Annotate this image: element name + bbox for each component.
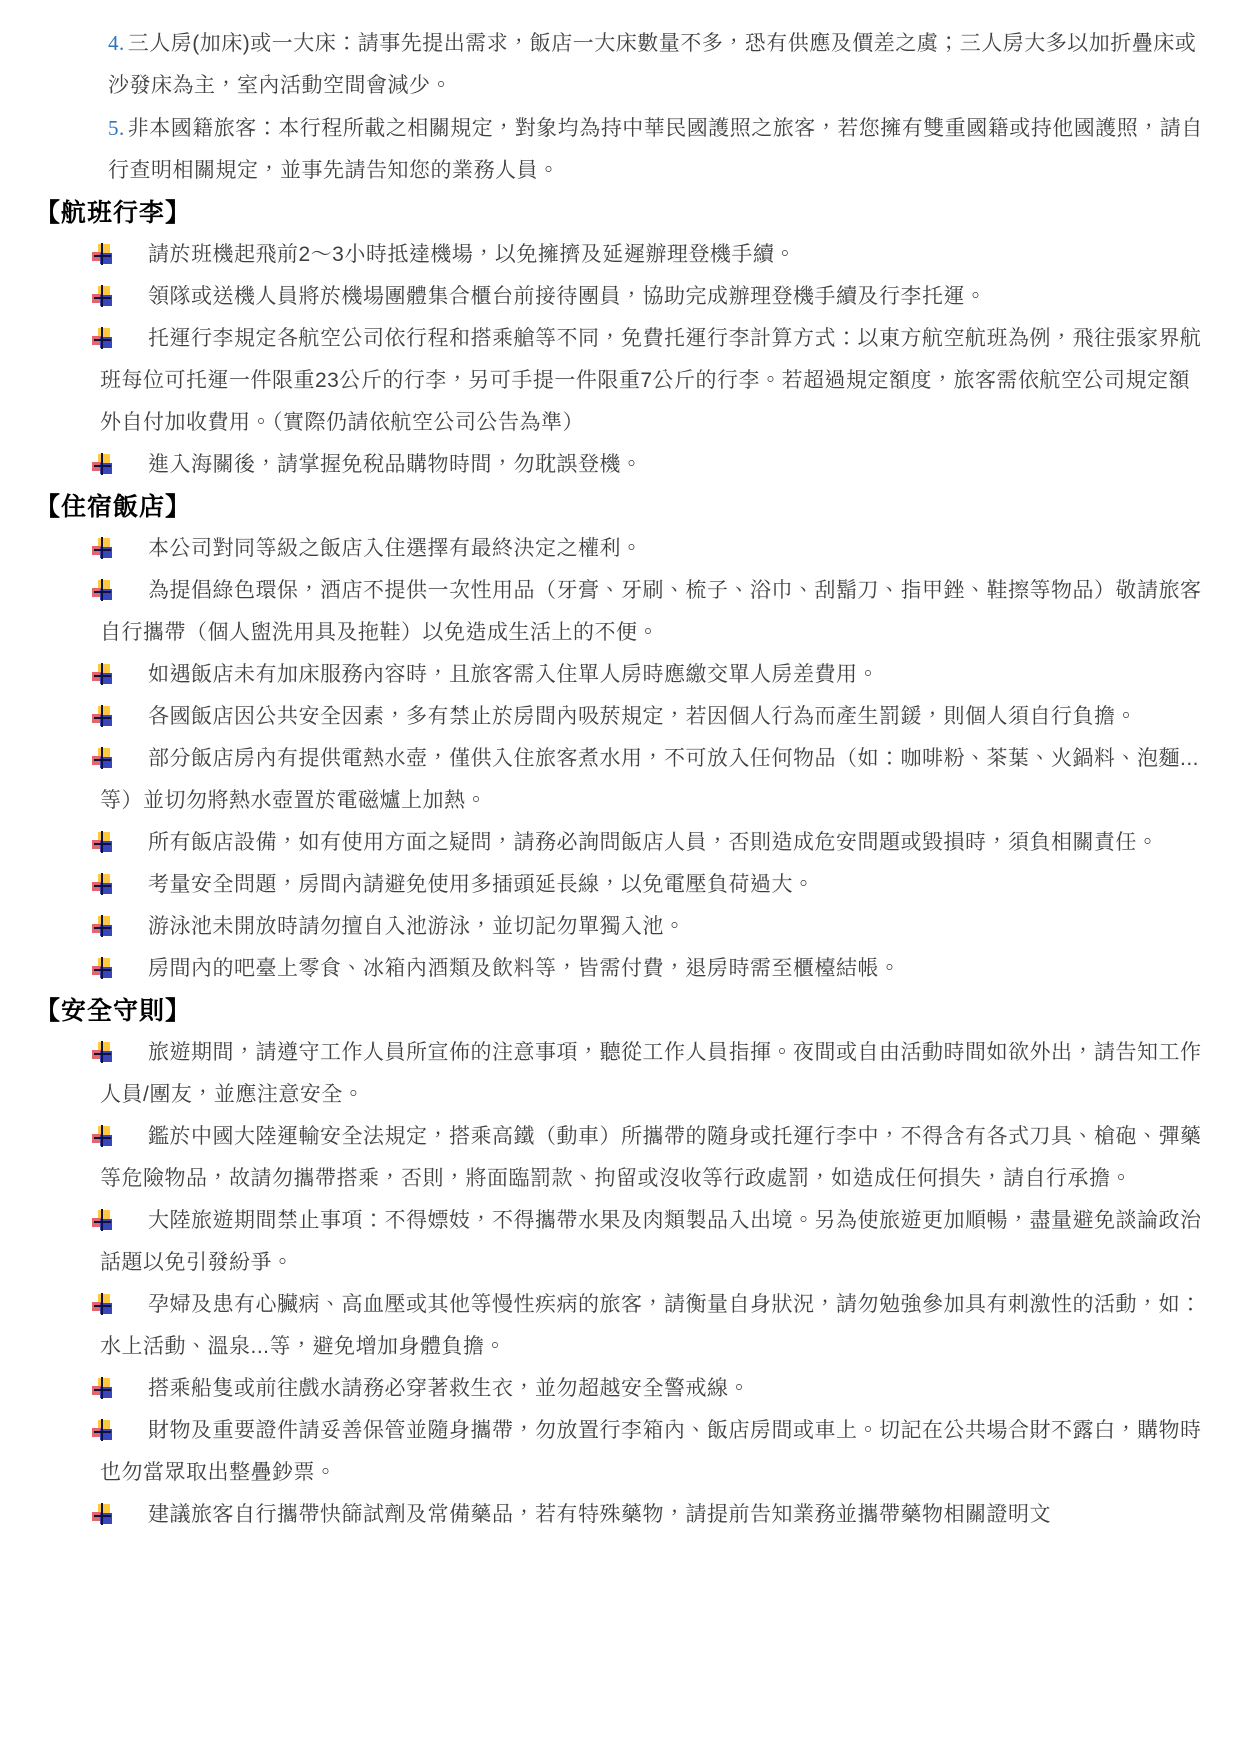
bullet-item-text: 托運行李規定各航空公司依行程和搭乘艙等不同，免費托運行李計算方式：以東方航空航班… [100,327,1202,434]
bullet-item-text: 本公司對同等級之飯店入住選擇有最終決定之權利。 [148,537,643,560]
bullet-list-item: 財物及重要證件請妥善保管並隨身攜帶，勿放置行李箱內、飯店房間或車上。切記在公共場… [100,1410,1205,1494]
colored-cross-bullet-icon [92,1209,112,1231]
bullet-item-text: 請於班機起飛前2～3小時抵達機場，以免擁擠及延遲辦理登機手續。 [148,243,796,266]
bullet-list-item: 搭乘船隻或前往戲水請務必穿著救生衣，並勿超越安全警戒線。 [100,1368,1205,1410]
bullet-item-text: 建議旅客自行攜帶快篩試劑及常備藥品，若有特殊藥物，請提前告知業務並攜帶藥物相關證… [148,1503,1051,1526]
bullet-list-item: 部分飯店房內有提供電熱水壺，僅供入住旅客煮水用，不可放入任何物品（如：咖啡粉、茶… [100,738,1205,822]
colored-cross-bullet-icon [92,705,112,727]
section-title: 【安全守則】 [35,990,1205,1032]
document-section: 【安全守則】 旅遊期間，請遵守工作人員所宣佈的注意事項，聽從工作人員指揮。夜間或… [35,990,1205,1536]
colored-cross-bullet-icon [92,1419,112,1441]
colored-cross-bullet-icon [92,453,112,475]
list-item-number: 4. [108,31,125,55]
section-bullet-list: 本公司對同等級之飯店入住選擇有最終決定之權利。 為提倡綠色環保，酒店不提供一次性… [35,528,1205,990]
bullet-item-text: 如遇飯店未有加床服務內容時，且旅客需入住單人房時應繳交單人房差費用。 [148,663,879,686]
colored-cross-bullet-icon [92,1377,112,1399]
document-page: 4.三人房(加床)或一大床：請事先提出需求，飯店一大床數量不多，恐有供應及價差之… [0,0,1241,1755]
section-title: 【住宿飯店】 [35,486,1205,528]
bullet-list-item: 請於班機起飛前2～3小時抵達機場，以免擁擠及延遲辦理登機手續。 [100,234,1205,276]
bullet-list-item: 大陸旅遊期間禁止事項：不得嫖妓，不得攜帶水果及肉類製品入出境。另為使旅遊更加順暢… [100,1200,1205,1284]
bullet-item-text: 考量安全問題，房間內請避免使用多插頭延長線，以免電壓負荷過大。 [148,873,815,896]
bullet-item-text: 搭乘船隻或前往戲水請務必穿著救生衣，並勿超越安全警戒線。 [148,1377,750,1400]
colored-cross-bullet-icon [92,579,112,601]
colored-cross-bullet-icon [92,1503,112,1525]
bullet-item-text: 部分飯店房內有提供電熱水壺，僅供入住旅客煮水用，不可放入任何物品（如：咖啡粉、茶… [100,747,1199,812]
section-bullet-list: 旅遊期間，請遵守工作人員所宣佈的注意事項，聽從工作人員指揮。夜間或自由活動時間如… [35,1032,1205,1536]
bullet-item-text: 所有飯店設備，如有使用方面之疑問，請務必詢問飯店人員，否則造成危安問題或毀損時，… [148,831,1159,854]
numbered-list-item: 4.三人房(加床)或一大床：請事先提出需求，飯店一大床數量不多，恐有供應及價差之… [35,22,1205,107]
bullet-list-item: 領隊或送機人員將於機場團體集合櫃台前接待團員，協助完成辦理登機手續及行李托運。 [100,276,1205,318]
colored-cross-bullet-icon [92,537,112,559]
colored-cross-bullet-icon [92,327,112,349]
bullet-list-item: 房間內的吧臺上零食、冰箱內酒類及飲料等，皆需付費，退房時需至櫃檯結帳。 [100,948,1205,990]
bullet-item-text: 鑑於中國大陸運輸安全法規定，搭乘高鐵（動車）所攜帶的隨身或托運行李中，不得含有各… [100,1125,1202,1190]
bullet-item-text: 領隊或送機人員將於機場團體集合櫃台前接待團員，協助完成辦理登機手續及行李托運。 [148,285,987,308]
bullet-list-item: 旅遊期間，請遵守工作人員所宣佈的注意事項，聽從工作人員指揮。夜間或自由活動時間如… [100,1032,1205,1116]
bullet-list-item: 所有飯店設備，如有使用方面之疑問，請務必詢問飯店人員，否則造成危安問題或毀損時，… [100,822,1205,864]
colored-cross-bullet-icon [92,663,112,685]
bullet-item-text: 為提倡綠色環保，酒店不提供一次性用品（牙膏、牙刷、梳子、浴巾、刮鬍刀、指甲銼、鞋… [100,579,1202,644]
bullet-list-item: 游泳池未開放時請勿擅自入池游泳，並切記勿單獨入池。 [100,906,1205,948]
document-section: 【住宿飯店】 本公司對同等級之飯店入住選擇有最終決定之權利。 為提倡綠色環保，酒… [35,486,1205,990]
sections: 【航班行李】 請於班機起飛前2～3小時抵達機場，以免擁擠及延遲辦理登機手續。 領… [35,192,1205,1536]
colored-cross-bullet-icon [92,243,112,265]
bullet-item-text: 大陸旅遊期間禁止事項：不得嫖妓，不得攜帶水果及肉類製品入出境。另為使旅遊更加順暢… [100,1209,1202,1274]
bullet-list-item: 本公司對同等級之飯店入住選擇有最終決定之權利。 [100,528,1205,570]
list-item-text: 三人房(加床)或一大床：請事先提出需求，飯店一大床數量不多，恐有供應及價差之虞；… [108,32,1196,97]
numbered-list-item: 5.非本國籍旅客：本行程所載之相關規定，對象均為持中華民國護照之旅客，若您擁有雙… [35,107,1205,192]
colored-cross-bullet-icon [92,831,112,853]
section-title: 【航班行李】 [35,192,1205,234]
colored-cross-bullet-icon [92,957,112,979]
bullet-list-item: 托運行李規定各航空公司依行程和搭乘艙等不同，免費托運行李計算方式：以東方航空航班… [100,318,1205,444]
colored-cross-bullet-icon [92,1293,112,1315]
bullet-item-text: 財物及重要證件請妥善保管並隨身攜帶，勿放置行李箱內、飯店房間或車上。切記在公共場… [100,1419,1202,1484]
list-item-text: 非本國籍旅客：本行程所載之相關規定，對象均為持中華民國護照之旅客，若您擁有雙重國… [108,117,1203,182]
bullet-list-item: 建議旅客自行攜帶快篩試劑及常備藥品，若有特殊藥物，請提前告知業務並攜帶藥物相關證… [100,1494,1205,1536]
bullet-item-text: 孕婦及患有心臟病、高血壓或其他等慢性疾病的旅客，請衡量自身狀況，請勿勉強參加具有… [100,1293,1202,1358]
colored-cross-bullet-icon [92,873,112,895]
bullet-list-item: 各國飯店因公共安全因素，多有禁止於房間內吸菸規定，若因個人行為而產生罰鍰，則個人… [100,696,1205,738]
bullet-list-item: 進入海關後，請掌握免稅品購物時間，勿耽誤登機。 [100,444,1205,486]
bullet-item-text: 旅遊期間，請遵守工作人員所宣佈的注意事項，聽從工作人員指揮。夜間或自由活動時間如… [100,1041,1202,1106]
colored-cross-bullet-icon [92,285,112,307]
bullet-item-text: 房間內的吧臺上零食、冰箱內酒類及飲料等，皆需付費，退房時需至櫃檯結帳。 [148,957,901,980]
bullet-item-text: 游泳池未開放時請勿擅自入池游泳，並切記勿單獨入池。 [148,915,686,938]
bullet-list-item: 為提倡綠色環保，酒店不提供一次性用品（牙膏、牙刷、梳子、浴巾、刮鬍刀、指甲銼、鞋… [100,570,1205,654]
bullet-list-item: 孕婦及患有心臟病、高血壓或其他等慢性疾病的旅客，請衡量自身狀況，請勿勉強參加具有… [100,1284,1205,1368]
bullet-item-text: 進入海關後，請掌握免稅品購物時間，勿耽誤登機。 [148,453,643,476]
colored-cross-bullet-icon [92,1041,112,1063]
bullet-list-item: 考量安全問題，房間內請避免使用多插頭延長線，以免電壓負荷過大。 [100,864,1205,906]
colored-cross-bullet-icon [92,915,112,937]
list-item-number: 5. [108,116,125,140]
bullet-list-item: 如遇飯店未有加床服務內容時，且旅客需入住單人房時應繳交單人房差費用。 [100,654,1205,696]
colored-cross-bullet-icon [92,1125,112,1147]
bullet-item-text: 各國飯店因公共安全因素，多有禁止於房間內吸菸規定，若因個人行為而產生罰鍰，則個人… [148,705,1137,728]
numbered-list: 4.三人房(加床)或一大床：請事先提出需求，飯店一大床數量不多，恐有供應及價差之… [35,22,1205,192]
bullet-list-item: 鑑於中國大陸運輸安全法規定，搭乘高鐵（動車）所攜帶的隨身或托運行李中，不得含有各… [100,1116,1205,1200]
section-bullet-list: 請於班機起飛前2～3小時抵達機場，以免擁擠及延遲辦理登機手續。 領隊或送機人員將… [35,234,1205,486]
colored-cross-bullet-icon [92,747,112,769]
document-section: 【航班行李】 請於班機起飛前2～3小時抵達機場，以免擁擠及延遲辦理登機手續。 領… [35,192,1205,486]
